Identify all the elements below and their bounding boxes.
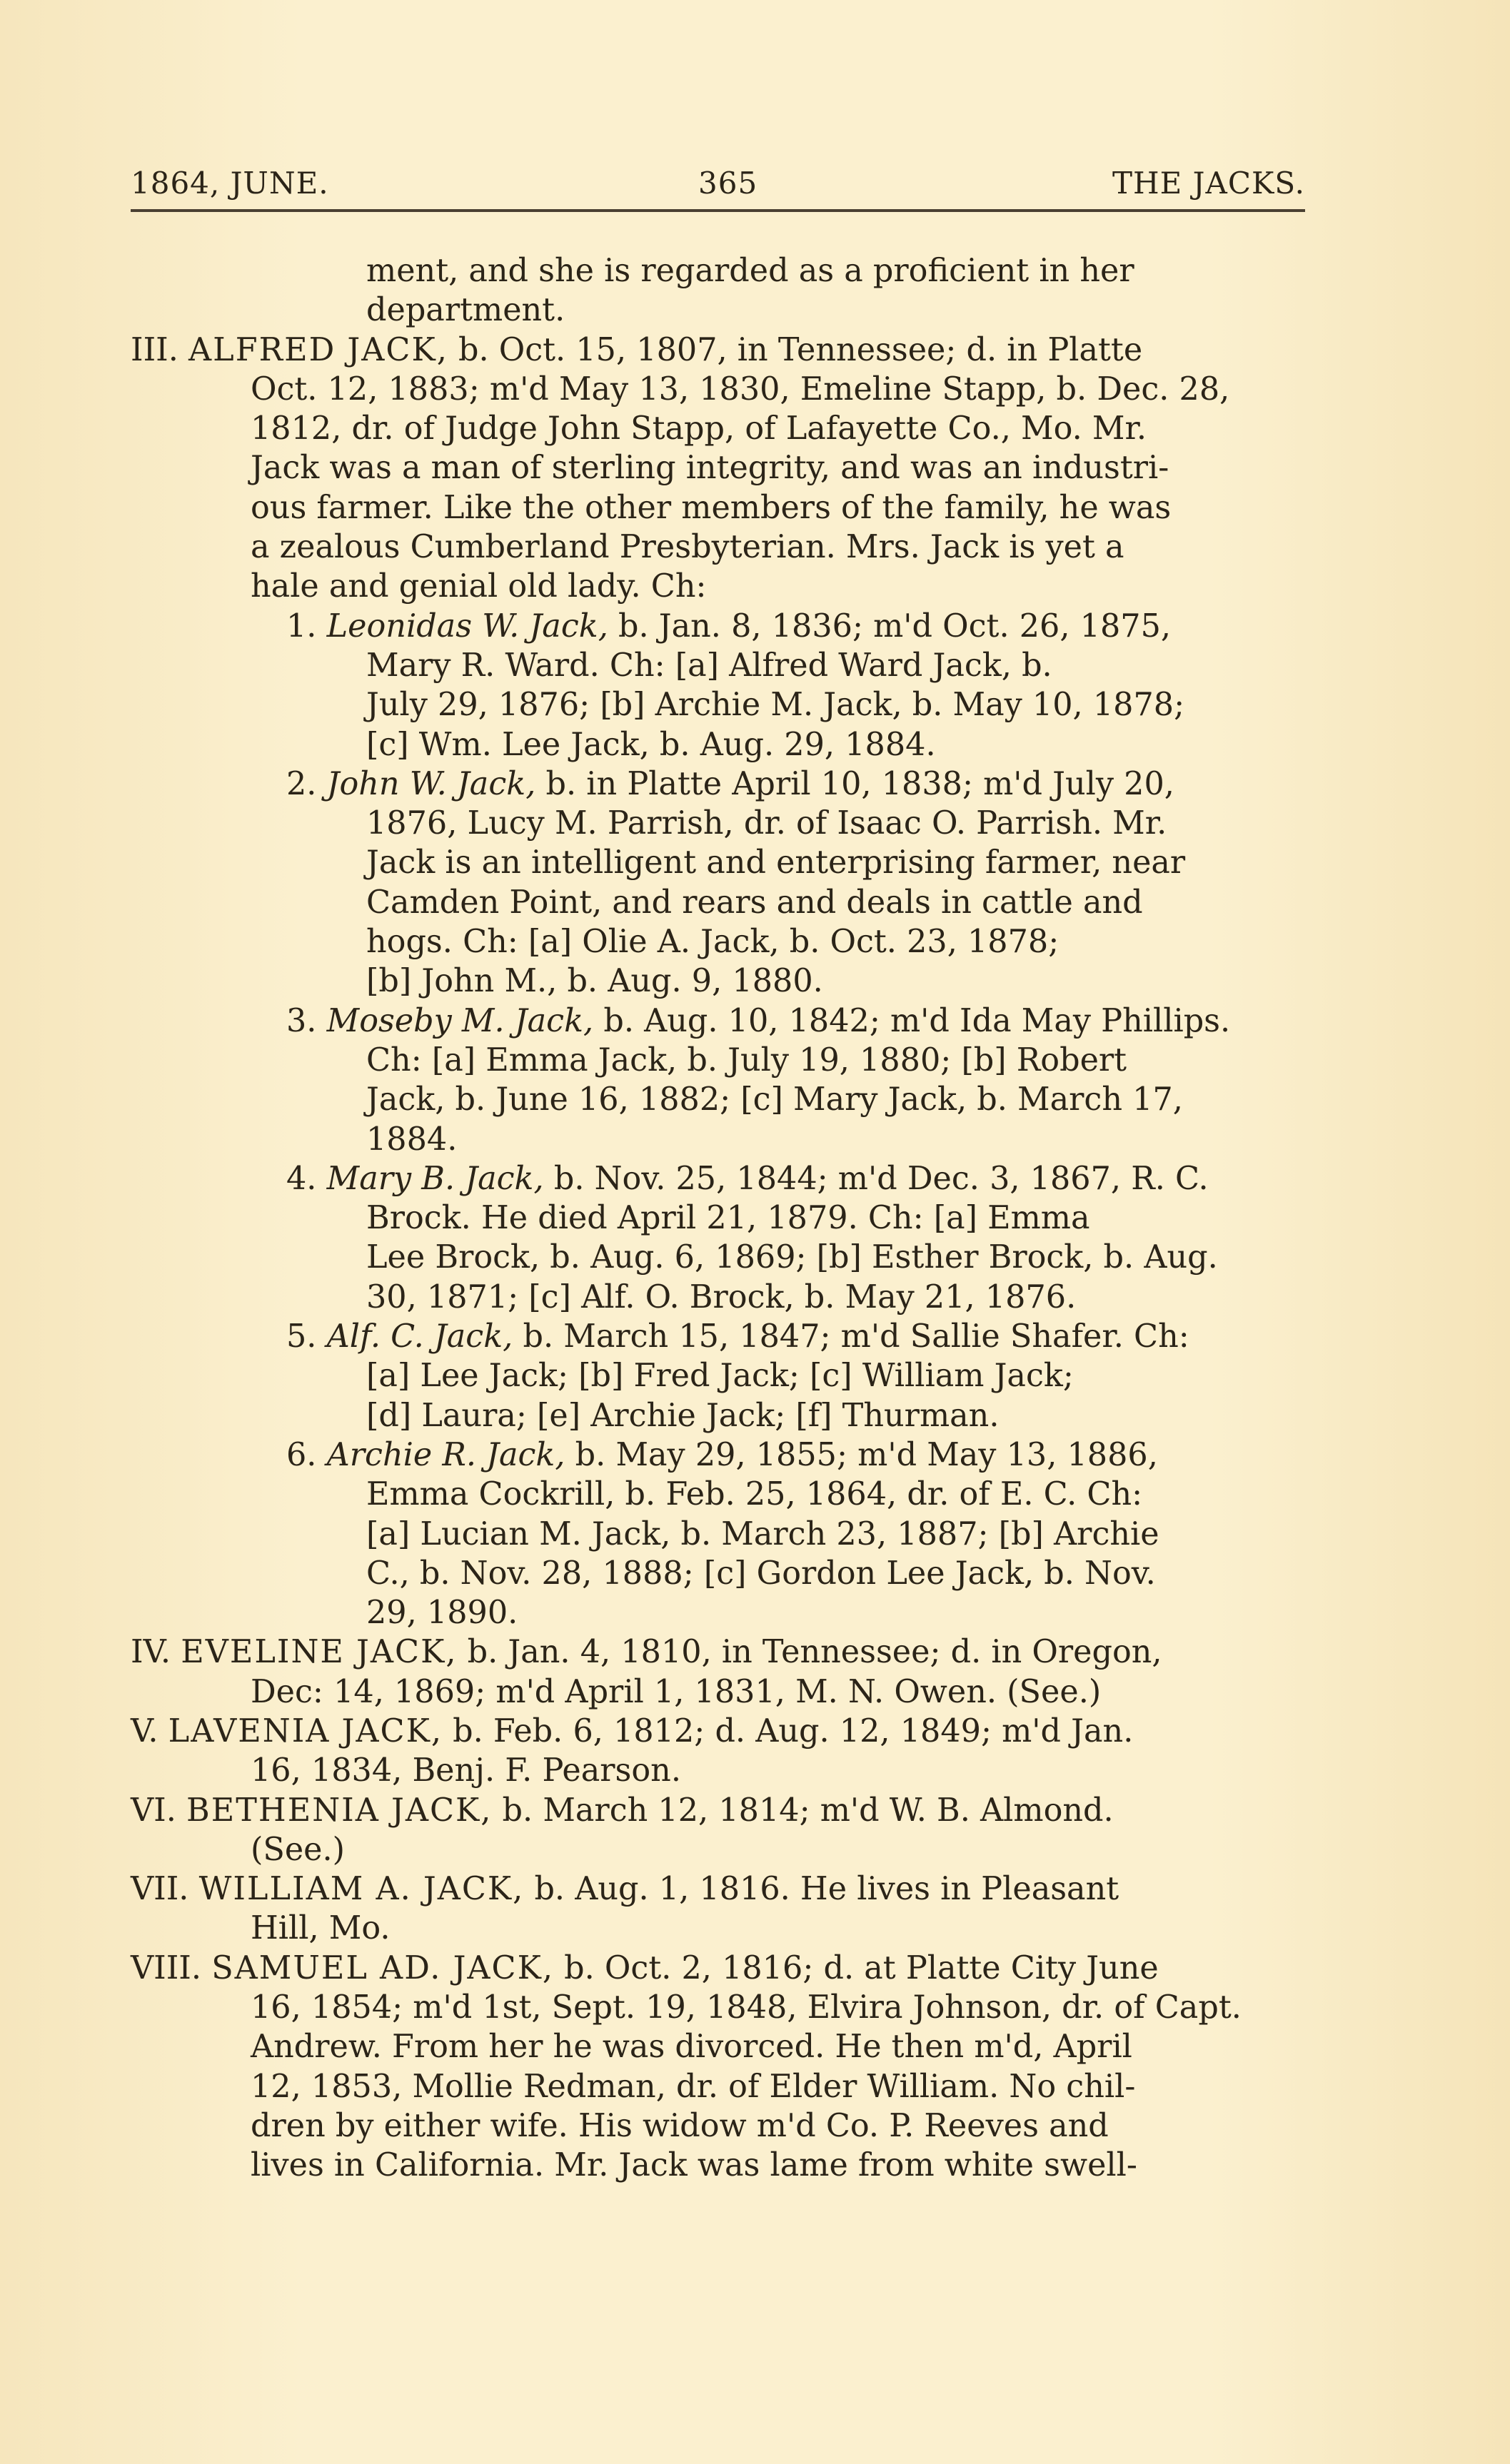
text-line: 16, 1854; m'd 1st, Sept. 19, 1848, Elvir…: [131, 1988, 1305, 2027]
intro-paragraph: ment, and she is regarded as a proficien…: [366, 251, 1305, 330]
entry-eveline-jack: IV. EVELINE JACK, b. Jan. 4, 1810, in Te…: [131, 1632, 1305, 1712]
text-line: b. Jan. 8, 1836; m'd Oct. 26, 1875,: [608, 608, 1171, 645]
text-line: b. in Platte April 10, 1838; m'd July 20…: [535, 766, 1174, 802]
text-line: Jack was a man of sterling integrity, an…: [131, 448, 1305, 488]
child-name: John W. Jack,: [327, 766, 536, 802]
text-line: b. March 15, 1847; m'd Sallie Shafer. Ch…: [513, 1318, 1189, 1355]
text-line: hale and genial old lady. Ch:: [131, 567, 1305, 606]
child-number: 6.: [286, 1437, 316, 1473]
child-name: Alf. C. Jack,: [327, 1318, 513, 1355]
text-line: Lee Brock, b. Aug. 6, 1869; [b] Esther B…: [286, 1238, 1305, 1277]
child-entry-3: 3. Moseby M. Jack, b. Aug. 10, 1842; m'd…: [286, 1001, 1305, 1159]
header-rule: [131, 209, 1305, 212]
text-line: b. May 29, 1855; m'd May 13, 1886,: [565, 1437, 1158, 1473]
entry-numeral: IV.: [131, 1634, 171, 1670]
text-line: b. Oct. 2, 1816; d. at Platte City June: [554, 1950, 1159, 1986]
text-line: 12, 1853, Mollie Redman, dr. of Elder Wi…: [131, 2067, 1305, 2106]
text-line: hogs. Ch: [a] Olie A. Jack, b. Oct. 23, …: [286, 922, 1305, 961]
text-line: ous farmer. Like the other members of th…: [131, 488, 1305, 527]
child-entry-2: 2. John W. Jack, b. in Platte April 10, …: [286, 764, 1305, 1001]
text-line: 29, 1890.: [286, 1593, 1305, 1632]
text-line: [a] Lee Jack; [b] Fred Jack; [c] William…: [286, 1356, 1305, 1395]
text-line: 30, 1871; [c] Alf. O. Brock, b. May 21, …: [286, 1278, 1305, 1317]
entry-bethenia-jack: VI. BETHENIA JACK, b. March 12, 1814; m'…: [131, 1791, 1305, 1870]
child-name: Leonidas W. Jack,: [327, 608, 608, 645]
child-entry-5: 5. Alf. C. Jack, b. March 15, 1847; m'd …: [286, 1317, 1305, 1435]
text-line: b. Jan. 4, 1810, in Tennessee; d. in Ore…: [457, 1634, 1162, 1670]
text-line: dren by either wife. His widow m'd Co. P…: [131, 2106, 1305, 2146]
text-line: b. Feb. 6, 1812; d. Aug. 12, 1849; m'd J…: [443, 1713, 1133, 1749]
text-line: Jack, b. June 16, 1882; [c] Mary Jack, b…: [286, 1080, 1305, 1119]
text-line: [a] Lucian M. Jack, b. March 23, 1887; […: [286, 1515, 1305, 1554]
running-header: 1864, JUNE. 365 THE JACKS.: [131, 158, 1305, 208]
text-line: 16, 1834, Benj. F. Pearson.: [131, 1751, 1305, 1790]
text-line: C., b. Nov. 28, 1888; [c] Gordon Lee Jac…: [286, 1554, 1305, 1593]
child-number: 4.: [286, 1161, 316, 1197]
entry-name: SAMUEL AD. JACK,: [211, 1950, 554, 1986]
text-line: b. Aug. 10, 1842; m'd Ida May Phillips.: [593, 1003, 1230, 1039]
child-number: 1.: [286, 608, 316, 645]
page-body: ment, and she is regarded as a proficien…: [0, 251, 1510, 2186]
page-number: 365: [698, 166, 757, 201]
child-number: 5.: [286, 1318, 316, 1355]
text-line: Camden Point, and rears and deals in cat…: [286, 883, 1305, 922]
text-line: lives in California. Mr. Jack was lame f…: [131, 2146, 1305, 2185]
entry-samuel-jack: VIII. SAMUEL AD. JACK, b. Oct. 2, 1816; …: [131, 1949, 1305, 2186]
text-line: 1876, Lucy M. Parrish, dr. of Isaac O. P…: [286, 804, 1305, 843]
text-line: Mary R. Ward. Ch: [a] Alfred Ward Jack, …: [286, 646, 1305, 685]
text-line: 1884.: [286, 1120, 1305, 1159]
header-date: 1864, JUNE.: [131, 166, 329, 201]
entry-name: LAVENIA JACK,: [168, 1713, 443, 1749]
entry-name: WILLIAM A. JACK,: [199, 1871, 525, 1907]
child-number: 3.: [286, 1003, 316, 1039]
entry-numeral: VIII.: [131, 1950, 201, 1986]
text-line: b. Aug. 1, 1816. He lives in Pleasant: [524, 1871, 1119, 1907]
text-line: Brock. He died April 21, 1879. Ch: [a] E…: [286, 1198, 1305, 1238]
text-line: Andrew. From her he was divorced. He the…: [131, 2027, 1305, 2066]
entry-name: BETHENIA JACK,: [186, 1792, 492, 1829]
text-line: ment, and she is regarded as a proficien…: [366, 251, 1305, 291]
header-title: THE JACKS.: [1112, 166, 1305, 201]
child-name: Moseby M. Jack,: [327, 1003, 594, 1039]
child-entry-4: 4. Mary B. Jack, b. Nov. 25, 1844; m'd D…: [286, 1159, 1305, 1317]
text-line: Ch: [a] Emma Jack, b. July 19, 1880; [b]…: [286, 1041, 1305, 1080]
text-line: department.: [366, 291, 1305, 330]
entry-alfred-jack: III. ALFRED JACK, b. Oct. 15, 1807, in T…: [131, 330, 1305, 607]
entry-name: EVELINE JACK,: [181, 1634, 457, 1670]
text-line: a zealous Cumberland Presbyterian. Mrs. …: [131, 527, 1305, 567]
text-line: Jack is an intelligent and enterprising …: [286, 843, 1305, 882]
text-line: b. Oct. 15, 1807, in Tennessee; d. in Pl…: [448, 332, 1142, 368]
entry-lavenia-jack: V. LAVENIA JACK, b. Feb. 6, 1812; d. Aug…: [131, 1712, 1305, 1791]
text-line: b. March 12, 1814; m'd W. B. Almond.: [492, 1792, 1113, 1829]
entry-numeral: V.: [131, 1713, 158, 1749]
entry-william-jack: VII. WILLIAM A. JACK, b. Aug. 1, 1816. H…: [131, 1869, 1305, 1949]
child-entry-6: 6. Archie R. Jack, b. May 29, 1855; m'd …: [286, 1435, 1305, 1632]
entry-numeral: VI.: [131, 1792, 176, 1829]
text-line: [c] Wm. Lee Jack, b. Aug. 29, 1884.: [286, 725, 1305, 764]
text-line: Dec: 14, 1869; m'd April 1, 1831, M. N. …: [131, 1672, 1305, 1712]
text-line: [b] John M., b. Aug. 9, 1880.: [286, 961, 1305, 1001]
entry-numeral: III.: [131, 332, 178, 368]
text-line: Oct. 12, 1883; m'd May 13, 1830, Emeline…: [131, 370, 1305, 409]
text-line: Hill, Mo.: [131, 1909, 1305, 1948]
entry-numeral: VII.: [131, 1871, 188, 1907]
text-line: July 29, 1876; [b] Archie M. Jack, b. Ma…: [286, 685, 1305, 724]
child-entry-1: 1. Leonidas W. Jack, b. Jan. 8, 1836; m'…: [286, 607, 1305, 764]
child-name: Mary B. Jack,: [327, 1161, 544, 1197]
text-line: b. Nov. 25, 1844; m'd Dec. 3, 1867, R. C…: [544, 1161, 1209, 1197]
entry-name: ALFRED JACK,: [188, 332, 448, 368]
child-name: Archie R. Jack,: [327, 1437, 565, 1473]
text-line: 1812, dr. of Judge John Stapp, of Lafaye…: [131, 409, 1305, 448]
text-line: Emma Cockrill, b. Feb. 25, 1864, dr. of …: [286, 1475, 1305, 1514]
text-line: (See.): [131, 1830, 1305, 1869]
child-number: 2.: [286, 766, 316, 802]
text-line: [d] Laura; [e] Archie Jack; [f] Thurman.: [286, 1396, 1305, 1435]
book-page: 1864, JUNE. 365 THE JACKS. ment, and she…: [0, 0, 1510, 2464]
